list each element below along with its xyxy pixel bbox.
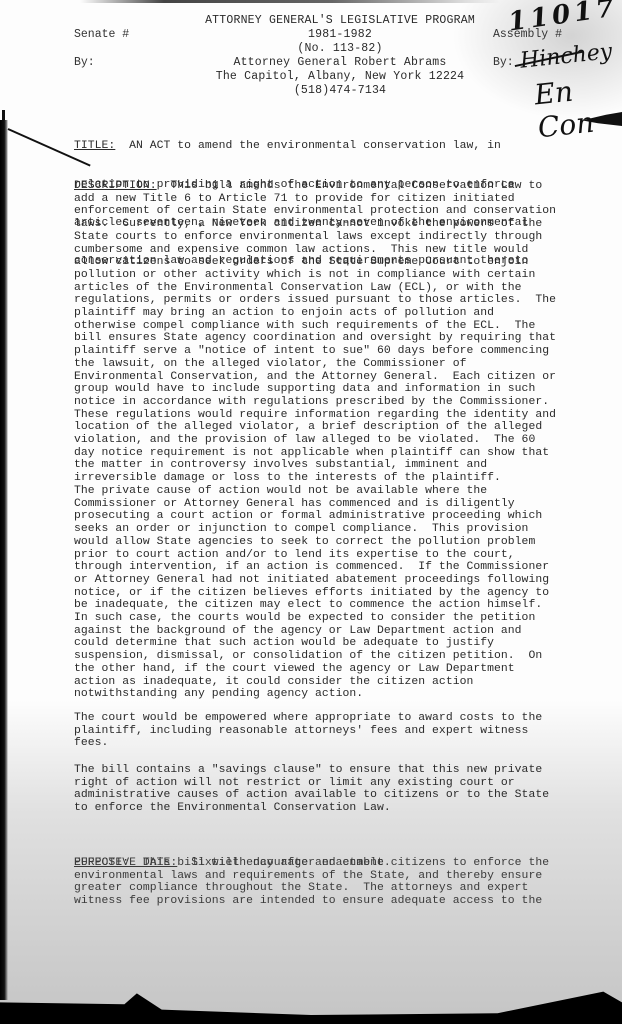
text-line: PURPOSE: This bill will encourage and en…: [74, 857, 614, 870]
text-line: plaintiff may bring an action to enjoin …: [74, 307, 614, 320]
scanned-page: ATTORNEY GENERAL'S LEGISLATIVE PROGRAM 1…: [0, 0, 622, 1024]
title-line: AN ACT to amend the environmental conser…: [115, 140, 501, 152]
program-title: ATTORNEY GENERAL'S LEGISLATIVE PROGRAM: [190, 14, 490, 28]
purpose-section: PURPOSE: This bill will encourage and en…: [74, 857, 614, 908]
text-line: allow citizens to seek orders of the Sta…: [74, 256, 614, 269]
text-line: The court would be empowered where appro…: [74, 712, 614, 725]
scan-top-rule: [80, 0, 500, 3]
senate-label: Senate #: [74, 28, 129, 41]
text-line: greater compliance throughout the State.…: [74, 882, 614, 895]
text-line: notwithstanding any pending agency actio…: [74, 688, 614, 701]
text-line: DESCRIPTION: This bill amends the Enviro…: [74, 180, 614, 193]
text-line: right of action will not restrict or lim…: [74, 777, 614, 790]
text-line: to enforce the Environmental Conservatio…: [74, 802, 614, 815]
text-line: articles of the Environmental Conservati…: [74, 282, 614, 295]
text-line: through intervention, if an action is co…: [74, 561, 614, 574]
text-line: seeks an order or injunction to compel c…: [74, 523, 614, 536]
text-line: laws. Currently, a New York citizen cann…: [74, 218, 614, 231]
assembly-by-label: By:: [493, 56, 514, 69]
session-years: 1981-1982: [190, 28, 490, 42]
text-line: regulations, permits or orders issued pu…: [74, 294, 614, 307]
sponsor: Attorney General Robert Abrams: [190, 56, 490, 70]
description-section: DESCRIPTION: This bill amends the Enviro…: [74, 180, 614, 485]
text-line: Environmental Conservation, and the Atto…: [74, 371, 614, 384]
address: The Capitol, Albany, New York 12224: [190, 70, 490, 84]
text-line: notice in accordance with regulations pr…: [74, 396, 614, 409]
text-line: cumbersome and expensive common law acti…: [74, 244, 614, 257]
phone: (518)474-7134: [190, 84, 490, 98]
text-line: be inadequate, the citizen may elect to …: [74, 599, 614, 612]
text-line: prosecuting a court action or formal adm…: [74, 510, 614, 523]
text-line: could determine that such action would b…: [74, 637, 614, 650]
text-line: action as inadequate, it could consider …: [74, 676, 614, 689]
text-line: or Attorney General had not initiated ab…: [74, 574, 614, 587]
text-line: notice, or if the citizen believes effor…: [74, 587, 614, 600]
text-line: State courts to enforce environmental la…: [74, 231, 614, 244]
text-line: bill ensures State agency coordination a…: [74, 332, 614, 345]
text-line: Commissioner or Attorney General has com…: [74, 498, 614, 511]
senate-by-label: By:: [74, 56, 95, 69]
text-line: against the background of the agency or …: [74, 625, 614, 638]
title-label: TITLE:: [74, 140, 115, 152]
description-label: DESCRIPTION:: [74, 180, 157, 192]
text-line: add a new Title 6 to Article 71 to provi…: [74, 193, 614, 206]
program-number: (No. 113-82): [190, 42, 490, 56]
text-line: These regulations would require informat…: [74, 409, 614, 422]
text-line: The bill contains a "savings clause" to …: [74, 764, 614, 777]
text-line: otherwise compel compliance with such re…: [74, 320, 614, 333]
text-line: plaintiff serve a "notice of intent to s…: [74, 345, 614, 358]
text-line-content: This bill amends the Environmental Conse…: [157, 180, 543, 192]
savings-clause-paragraph: The bill contains a "savings clause" to …: [74, 764, 614, 815]
text-line: prior to court action and/or to lend its…: [74, 549, 614, 562]
text-line: violation, and the provision of law alle…: [74, 434, 614, 447]
text-line: would allow State agencies to seek to co…: [74, 536, 614, 549]
text-line: witness fee provisions are intended to e…: [74, 895, 614, 908]
text-line: irreversible damage or loss to the inter…: [74, 472, 614, 485]
text-line: administrative causes of action availabl…: [74, 789, 614, 802]
text-line: In such case, the courts would be expect…: [74, 612, 614, 625]
text-line: fees.: [74, 737, 614, 750]
text-line: The private cause of action would not be…: [74, 485, 614, 498]
document-header: ATTORNEY GENERAL'S LEGISLATIVE PROGRAM 1…: [190, 14, 490, 98]
scan-edge-shadow: [0, 120, 8, 1000]
text-line: day notice requirement is not applicable…: [74, 447, 614, 460]
text-line: the matter in controversy involves subst…: [74, 459, 614, 472]
text-line: location of the alleged violator, a brie…: [74, 421, 614, 434]
text-line: the lawsuit, on the alleged violator, th…: [74, 358, 614, 371]
text-line: suspension, dismissal, or consolidation …: [74, 650, 614, 663]
text-line: pollution or other activity which is not…: [74, 269, 614, 282]
text-line: enforcement of certain State environment…: [74, 205, 614, 218]
court-fees-paragraph: The court would be empowered where appro…: [74, 712, 614, 750]
text-line: group would have to include supporting d…: [74, 383, 614, 396]
text-line: environmental laws and requirements of t…: [74, 870, 614, 883]
purpose-label: PURPOSE:: [74, 857, 129, 869]
private-action-paragraph: The private cause of action would not be…: [74, 485, 614, 701]
text-line: the other hand, if the court viewed the …: [74, 663, 614, 676]
text-line: plaintiff, including reasonable attorney…: [74, 725, 614, 738]
text-line-content: This bill will encourage and enable citi…: [129, 857, 549, 869]
